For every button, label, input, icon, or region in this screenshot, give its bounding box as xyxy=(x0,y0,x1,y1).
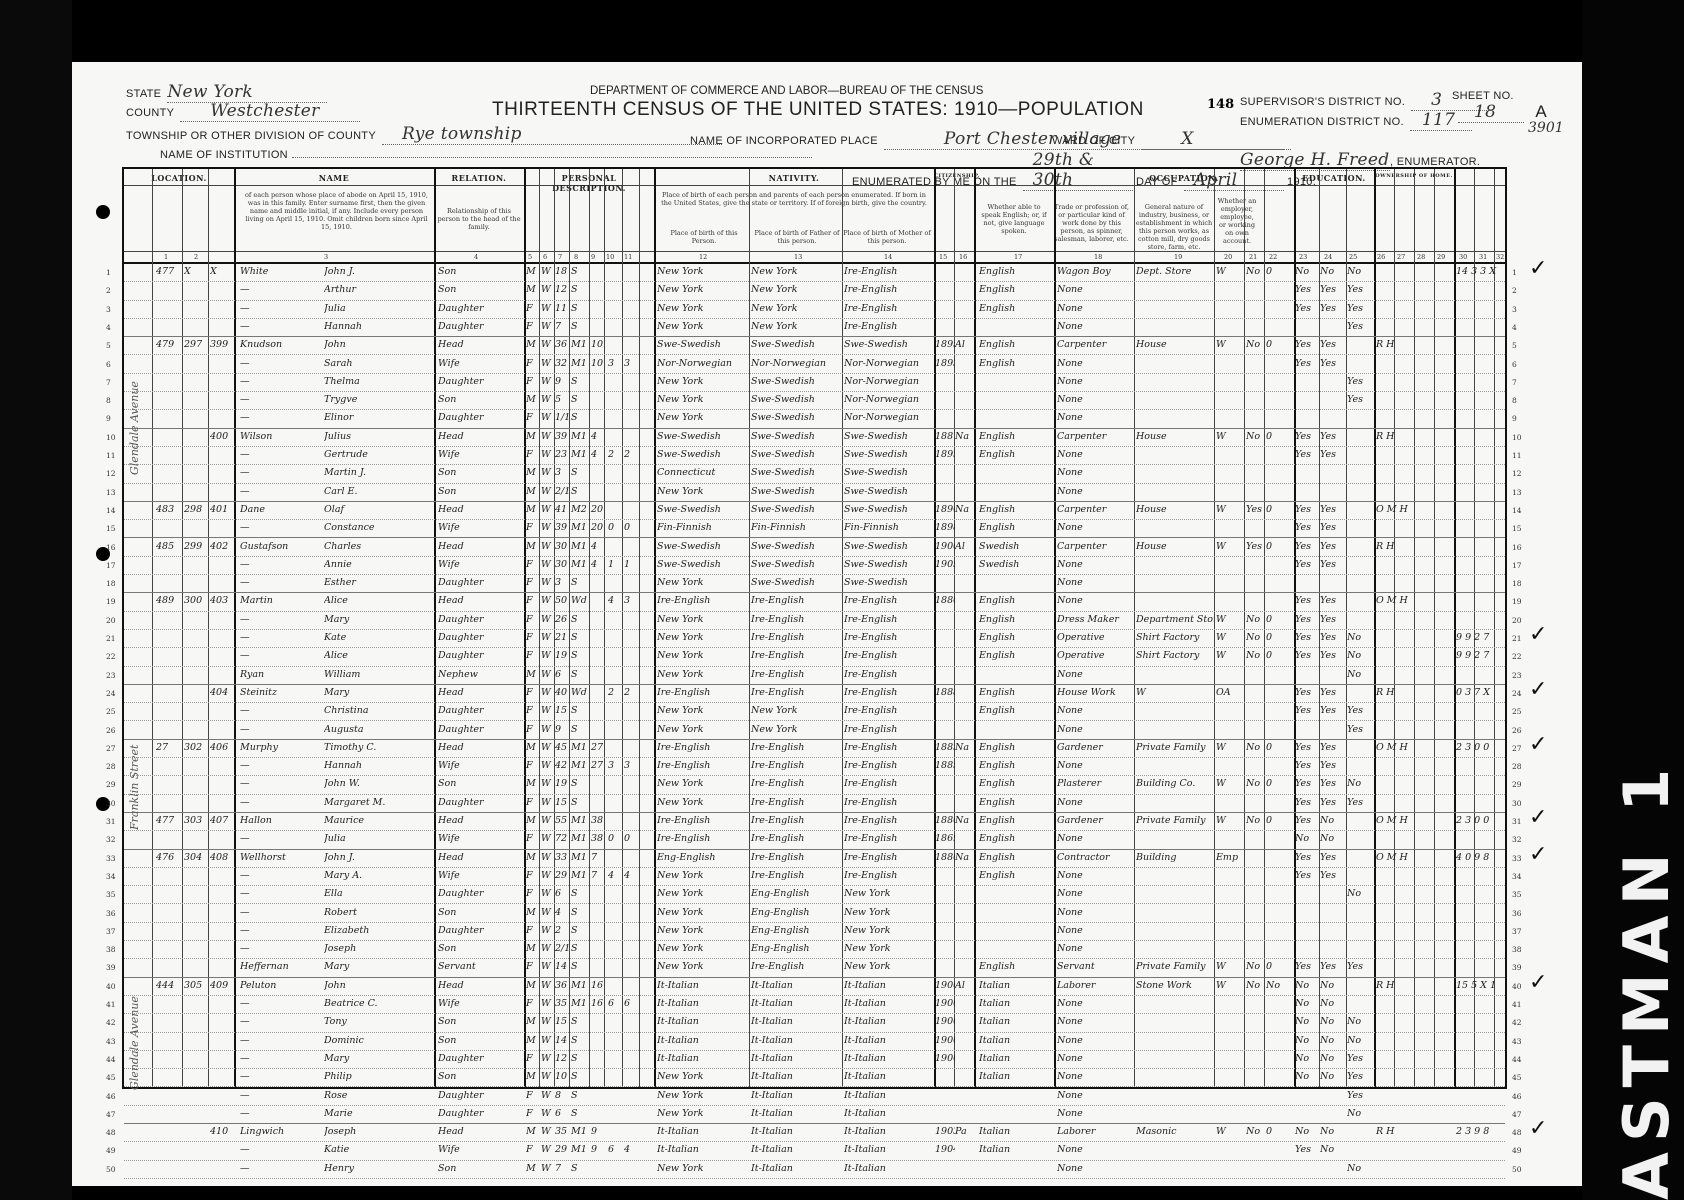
enumeration-district-field: ENUMERATION DISTRICT NO.117 xyxy=(1240,110,1472,131)
cell-race: W xyxy=(541,961,553,972)
cell-pob_m: Ire-English xyxy=(844,650,934,661)
cell-c23: Yes xyxy=(1295,815,1319,826)
cell-immig: 1900 xyxy=(935,1053,955,1064)
row-number: 32 xyxy=(106,835,116,844)
cell-own: R H xyxy=(1376,541,1454,552)
cell-pob_f: Ire-English xyxy=(751,650,841,661)
cell-surname: — xyxy=(240,925,330,936)
cell-surname: Peluton xyxy=(240,980,330,991)
cell-relation: Head xyxy=(438,431,522,442)
cell-pob_m: It-Italian xyxy=(844,980,934,991)
cell-own: O M H xyxy=(1376,504,1454,515)
cell-trade: None xyxy=(1057,284,1133,295)
cell-immig: 1895 xyxy=(935,339,955,350)
row-number: 25 xyxy=(106,707,116,716)
cell-living: 1 xyxy=(624,559,636,570)
cell-marital: Wd xyxy=(571,595,589,606)
cell-c23: Yes xyxy=(1295,632,1319,643)
cell-pob_m: Ire-English xyxy=(844,705,934,716)
cell-immig: 1885 xyxy=(935,760,955,771)
cell-c22: 0 xyxy=(1266,778,1292,789)
cell-family: 404 xyxy=(210,687,234,698)
table-row: 33—JuliaDaughterFW11SNew YorkNew YorkIre… xyxy=(124,301,1505,319)
cell-given: Philip xyxy=(324,1071,434,1082)
row-number: 47 xyxy=(106,1110,116,1119)
header-relation: RELATION. xyxy=(434,173,524,183)
cell-yrs: 4 xyxy=(591,431,603,442)
cell-surname: — xyxy=(240,559,330,570)
cell-immig: 1900 xyxy=(935,998,955,1009)
table-row: 2828—HannahWifeFW42M12733Ire-EnglishIre-… xyxy=(124,758,1505,776)
cell-race: W xyxy=(541,833,553,844)
cell-born: 6 xyxy=(608,998,620,1009)
cell-sex: F xyxy=(526,998,538,1009)
cell-sex: M xyxy=(526,742,538,753)
cell-age: 15 xyxy=(555,1016,569,1027)
cell-c24: Yes xyxy=(1320,522,1344,533)
table-row: 4545—PhilipSonMW10SNew YorkIt-ItalianIt-… xyxy=(124,1069,1505,1087)
cell-family: 402 xyxy=(210,541,234,552)
cell-marital: S xyxy=(571,321,589,332)
cell-industry: Stone Work xyxy=(1136,980,1214,991)
cell-pob_m: Swe-Swedish xyxy=(844,541,934,552)
cell-immig: 1887 xyxy=(935,431,955,442)
cell-race: W xyxy=(541,467,553,478)
cell-immig: 1880 xyxy=(935,815,955,826)
cell-race: W xyxy=(541,559,553,570)
cell-natz: Al xyxy=(955,980,973,991)
cell-born: 0 xyxy=(608,522,620,533)
cell-living: 3 xyxy=(624,358,636,369)
cell-surname: — xyxy=(240,888,330,899)
row-number: 41 xyxy=(106,1000,116,1009)
column-number: 3 xyxy=(324,253,328,261)
cell-industry: House xyxy=(1136,339,1214,350)
cell-pob_m: New York xyxy=(844,925,934,936)
column-number: 29 xyxy=(1437,253,1445,261)
table-row: 4141—Beatrice C.WifeFW35M11666It-Italian… xyxy=(124,996,1505,1014)
table-row: 1212—Martin J.SonMW3SConnecticutSwe-Swed… xyxy=(124,465,1505,483)
cell-pob: Ire-English xyxy=(657,687,747,698)
cell-trade: None xyxy=(1057,486,1133,497)
cell-given: Julius xyxy=(324,431,434,442)
cell-race: W xyxy=(541,1126,553,1137)
row-number: 22 xyxy=(1512,652,1522,661)
cell-relation: Head xyxy=(438,1126,522,1137)
cell-relation: Daughter xyxy=(438,614,522,625)
cell-lang: English xyxy=(979,595,1053,606)
cell-sex: M xyxy=(526,1035,538,1046)
cell-lang: English xyxy=(979,522,1053,533)
cell-immig: 1888 xyxy=(935,687,955,698)
cell-natz: Na xyxy=(955,742,973,753)
cell-pob_m: New York xyxy=(844,907,934,918)
row-number: 14 xyxy=(1512,506,1522,515)
row-number: 37 xyxy=(1512,927,1522,936)
cell-pob: It-Italian xyxy=(657,1053,747,1064)
cell-c22: 0 xyxy=(1266,541,1292,552)
cell-c30: 0 3 7 X xyxy=(1456,687,1508,698)
cell-marital: M1 xyxy=(571,742,589,753)
cell-emp: W xyxy=(1216,431,1244,442)
cell-trade: Servant xyxy=(1057,961,1133,972)
cell-c23: Yes xyxy=(1295,742,1319,753)
cell-pob: New York xyxy=(657,1071,747,1082)
cell-relation: Daughter xyxy=(438,376,522,387)
page-title: THIRTEENTH CENSUS OF THE UNITED STATES: … xyxy=(492,99,1144,121)
cell-c24: No xyxy=(1320,266,1344,277)
row-number: 26 xyxy=(106,726,116,735)
cell-lang: English xyxy=(979,778,1053,789)
cell-born: 0 xyxy=(608,833,620,844)
row-number: 17 xyxy=(1512,561,1522,570)
cell-marital: S xyxy=(571,669,589,680)
cell-pob_f: Swe-Swedish xyxy=(751,577,841,588)
column-number: 21 xyxy=(1249,253,1257,261)
row-number: 37 xyxy=(106,927,116,936)
row-number: 2 xyxy=(106,286,111,295)
check-mark-icon: ✓ xyxy=(1529,842,1547,867)
cell-natz: Al xyxy=(955,339,973,350)
cell-sex: M xyxy=(526,394,538,405)
cell-pob: New York xyxy=(657,724,747,735)
row-number: 19 xyxy=(1512,597,1522,606)
cell-pob_f: Ire-English xyxy=(751,669,841,680)
cell-sex: M xyxy=(526,1016,538,1027)
cell-relation: Daughter xyxy=(438,577,522,588)
cell-relation: Wife xyxy=(438,358,522,369)
cell-pob_m: It-Italian xyxy=(844,1108,934,1119)
cell-dwelling: 299 xyxy=(184,541,208,552)
cell-industry: Department Store xyxy=(1136,614,1214,625)
cell-natz: Al xyxy=(955,541,973,552)
column-number: 24 xyxy=(1324,253,1332,261)
cell-pob_f: Ire-English xyxy=(751,760,841,771)
institution-field: NAME OF INSTITUTION xyxy=(160,149,812,161)
cell-age: 14 xyxy=(555,961,569,972)
table-row: 44—HannahDaughterFW7SNew YorkNew YorkIre… xyxy=(124,319,1505,337)
row-number: 9 xyxy=(106,414,111,423)
cell-c25: Yes xyxy=(1347,394,1373,405)
cell-sex: M xyxy=(526,852,538,863)
cell-sex: F xyxy=(526,376,538,387)
cell-trade: None xyxy=(1057,705,1133,716)
cell-race: W xyxy=(541,577,553,588)
cell-sex: F xyxy=(526,449,538,460)
cell-age: 10 xyxy=(555,1071,569,1082)
cell-sex: F xyxy=(526,888,538,899)
cell-given: William xyxy=(324,669,434,680)
cell-given: John W. xyxy=(324,778,434,789)
cell-age: 6 xyxy=(555,1108,569,1119)
cell-pob_f: New York xyxy=(751,705,841,716)
cell-immig: 1904 xyxy=(935,1144,955,1155)
cell-trade: Operative xyxy=(1057,650,1133,661)
cell-living: 6 xyxy=(624,998,636,1009)
cell-given: John xyxy=(324,980,434,991)
cell-house: 483 xyxy=(156,504,182,515)
cell-given: Ella xyxy=(324,888,434,899)
cell-family: 408 xyxy=(210,852,234,863)
cell-pob: Swe-Swedish xyxy=(657,559,747,570)
row-number: 36 xyxy=(1512,909,1522,918)
cell-pob_m: Swe-Swedish xyxy=(844,486,934,497)
cell-given: Sarah xyxy=(324,358,434,369)
column-number: 31 xyxy=(1479,253,1487,261)
cell-c30: 15 5 X 1 xyxy=(1456,980,1508,991)
cell-marital: M1 xyxy=(571,1126,589,1137)
cell-given: Mary A. xyxy=(324,870,434,881)
cell-sex: F xyxy=(526,595,538,606)
cell-surname: — xyxy=(240,1144,330,1155)
cell-sex: M xyxy=(526,907,538,918)
cell-c22: No xyxy=(1266,980,1292,991)
cell-surname: Murphy xyxy=(240,742,330,753)
cell-immig: 1900 xyxy=(935,980,955,991)
check-mark-icon: ✓ xyxy=(1529,256,1547,281)
table-row: 88—TrygveSonMW5SNew YorkSwe-SwedishNor-N… xyxy=(124,392,1505,410)
cell-pob_m: Nor-Norwegian xyxy=(844,376,934,387)
cell-c24: No xyxy=(1320,1144,1344,1155)
row-number: 25 xyxy=(1512,707,1522,716)
cell-pob_m: It-Italian xyxy=(844,1053,934,1064)
row-number: 48 xyxy=(1512,1128,1522,1137)
column-number: 1 xyxy=(164,253,168,261)
cell-c24: No xyxy=(1320,833,1344,844)
row-number: 1 xyxy=(106,268,111,277)
cell-c30: 2 3 9 8 xyxy=(1456,1126,1508,1137)
cell-born: 2 xyxy=(608,449,620,460)
cell-emp: W xyxy=(1216,980,1244,991)
cell-age: 36 xyxy=(555,339,569,350)
cell-c30: 9 9 2 7 xyxy=(1456,650,1508,661)
row-number: 49 xyxy=(106,1146,116,1155)
cell-age: 11 xyxy=(555,303,569,314)
cell-age: 12 xyxy=(555,1053,569,1064)
cell-trade: None xyxy=(1057,1144,1133,1155)
cell-pob_m: It-Italian xyxy=(844,1016,934,1027)
row-number: 42 xyxy=(106,1018,116,1027)
cell-age: 21 xyxy=(555,632,569,643)
cell-pob: New York xyxy=(657,303,747,314)
cell-pob_m: New York xyxy=(844,961,934,972)
state-value: New York xyxy=(167,82,327,103)
cell-trade: Carpenter xyxy=(1057,541,1133,552)
cell-pob_m: Nor-Norwegian xyxy=(844,358,934,369)
cell-given: Julia xyxy=(324,833,434,844)
cell-c24: Yes xyxy=(1320,742,1344,753)
cell-marital: M1 xyxy=(571,760,589,771)
cell-sex: M xyxy=(526,467,538,478)
cell-age: 42 xyxy=(555,760,569,771)
cell-given: Gertrude xyxy=(324,449,434,460)
cell-c23: No xyxy=(1295,1053,1319,1064)
row-number: 15 xyxy=(1512,524,1522,533)
cell-c22: 0 xyxy=(1266,614,1292,625)
cell-living: 3 xyxy=(624,595,636,606)
cell-pob_f: It-Italian xyxy=(751,1016,841,1027)
cell-marital: S xyxy=(571,925,589,936)
cell-c21: No xyxy=(1246,961,1264,972)
cell-surname: — xyxy=(240,998,330,1009)
margin-street-note: Franklin Street xyxy=(128,680,141,830)
cell-pob_m: New York xyxy=(844,888,934,899)
cell-marital: M1 xyxy=(571,541,589,552)
cell-immig: 1900 xyxy=(935,1016,955,1027)
cell-c21: No xyxy=(1246,1126,1264,1137)
row-number: 5 xyxy=(106,341,111,350)
table-row: 2020—MaryDaughterFW26SNew YorkIre-Englis… xyxy=(124,612,1505,630)
column-number: 11 xyxy=(624,253,632,261)
header-location: LOCATION. xyxy=(124,173,234,183)
cell-c24: Yes xyxy=(1320,614,1344,625)
cell-pob: New York xyxy=(657,907,747,918)
cell-age: 30 xyxy=(555,541,569,552)
cell-industry: House xyxy=(1136,431,1214,442)
row-number: 42 xyxy=(1512,1018,1522,1027)
table-row: 5050—HenrySonMW7SNew YorkIt-ItalianIt-It… xyxy=(124,1161,1505,1179)
cell-sex: M xyxy=(526,815,538,826)
cell-born: 3 xyxy=(608,760,620,771)
cell-family: 400 xyxy=(210,431,234,442)
row-number: 39 xyxy=(1512,963,1522,972)
cell-marital: S xyxy=(571,1053,589,1064)
cell-pob_f: Eng-English xyxy=(751,943,841,954)
cell-pob_m: Swe-Swedish xyxy=(844,577,934,588)
cell-c25: Yes xyxy=(1347,961,1373,972)
cell-pob_f: Ire-English xyxy=(751,687,841,698)
cell-family: 399 xyxy=(210,339,234,350)
cell-dwelling: 300 xyxy=(184,595,208,606)
cell-age: 26 xyxy=(555,614,569,625)
cell-given: Katie xyxy=(324,1144,434,1155)
cell-emp: W xyxy=(1216,614,1244,625)
cell-given: Beatrice C. xyxy=(324,998,434,1009)
row-number: 31 xyxy=(1512,817,1522,826)
cell-age: 23 xyxy=(555,449,569,460)
cell-pob: New York xyxy=(657,961,747,972)
row-number: 35 xyxy=(1512,890,1522,899)
cell-age: 72 xyxy=(555,833,569,844)
cell-pob_f: It-Italian xyxy=(751,980,841,991)
cell-c24: Yes xyxy=(1320,778,1344,789)
cell-yrs: 16 xyxy=(591,980,603,991)
row-number: 49 xyxy=(1512,1146,1522,1155)
cell-pob_f: Swe-Swedish xyxy=(751,504,841,515)
cell-marital: S xyxy=(571,961,589,972)
cell-given: Julia xyxy=(324,303,434,314)
row-number: 10 xyxy=(1512,433,1522,442)
cell-c24: No xyxy=(1320,998,1344,1009)
table-row: 77—ThelmaDaughterFW9SNew YorkSwe-Swedish… xyxy=(124,374,1505,392)
cell-c25: Yes xyxy=(1347,797,1373,808)
cell-c21: No xyxy=(1246,650,1264,661)
cell-age: 36 xyxy=(555,980,569,991)
cell-pob: It-Italian xyxy=(657,980,747,991)
cell-sex: F xyxy=(526,705,538,716)
cell-lang: Italian xyxy=(979,1126,1053,1137)
row-number: 23 xyxy=(106,671,116,680)
table-row: 272727302406MurphyTimothy C.HeadMW45M127… xyxy=(124,740,1505,758)
cell-pob_m: New York xyxy=(844,943,934,954)
county-field: COUNTYWestchester xyxy=(126,101,360,122)
cell-dwelling: 302 xyxy=(184,742,208,753)
cell-trade: None xyxy=(1057,303,1133,314)
row-number: 19 xyxy=(106,597,116,606)
cell-surname: — xyxy=(240,358,330,369)
row-number: 33 xyxy=(106,854,116,863)
cell-emp: W xyxy=(1216,541,1244,552)
cell-immig: 1880 xyxy=(935,595,955,606)
cell-trade: Gardener xyxy=(1057,815,1133,826)
cell-natz: Na xyxy=(955,504,973,515)
row-number: 30 xyxy=(106,799,116,808)
row-number: 43 xyxy=(1512,1037,1522,1046)
cell-c22: 0 xyxy=(1266,632,1292,643)
cell-lang: Italian xyxy=(979,1053,1053,1064)
cell-marital: S xyxy=(571,467,589,478)
row-number: 13 xyxy=(106,488,116,497)
cell-race: W xyxy=(541,449,553,460)
cell-pob_f: It-Italian xyxy=(751,1108,841,1119)
cell-pob: Ire-English xyxy=(657,815,747,826)
table-row: 4444—MaryDaughterFW12SIt-ItalianIt-Itali… xyxy=(124,1051,1505,1069)
cell-trade: Carpenter xyxy=(1057,504,1133,515)
cell-pob_f: It-Italian xyxy=(751,1035,841,1046)
cell-given: Alice xyxy=(324,595,434,606)
cell-c23: No xyxy=(1295,833,1319,844)
cell-own: R H xyxy=(1376,980,1454,991)
cell-trade: None xyxy=(1057,888,1133,899)
table-row: 4040444305409PelutonJohnHeadMW36M116It-I… xyxy=(124,978,1505,996)
cell-lang: English xyxy=(979,449,1053,460)
cell-surname: — xyxy=(240,394,330,405)
table-row: 1111—GertrudeWifeFW23M1422Swe-SwedishSwe… xyxy=(124,447,1505,465)
cell-given: Mary xyxy=(324,614,434,625)
cell-marital: M1 xyxy=(571,358,589,369)
table-row: 4949—KatieWifeFW29M1964It-ItalianIt-Ital… xyxy=(124,1142,1505,1160)
cell-age: 50 xyxy=(555,595,569,606)
cell-marital: S xyxy=(571,1163,589,1174)
table-row: 2121—KateDaughterFW21SNew YorkIre-Englis… xyxy=(124,630,1505,648)
cell-c25: No xyxy=(1347,632,1373,643)
cell-race: W xyxy=(541,870,553,881)
cell-pob_f: Ire-English xyxy=(751,614,841,625)
cell-c24: No xyxy=(1320,1053,1344,1064)
cell-age: 9 xyxy=(555,724,569,735)
cell-c25: Yes xyxy=(1347,1071,1373,1082)
cell-pob_f: Ire-English xyxy=(751,833,841,844)
cell-race: W xyxy=(541,358,553,369)
sheet-stamp: 3901 xyxy=(1528,120,1564,136)
cell-c24: Yes xyxy=(1320,449,1344,460)
row-number: 23 xyxy=(1512,671,1522,680)
cell-yrs: 9 xyxy=(591,1126,603,1137)
cell-surname: — xyxy=(240,614,330,625)
cell-lang: Swedish xyxy=(979,541,1053,552)
cell-c22: 0 xyxy=(1266,742,1292,753)
cell-pob: Connecticut xyxy=(657,467,747,478)
cell-yrs: 7 xyxy=(591,870,603,881)
cell-surname: Hallon xyxy=(240,815,330,826)
cell-c21: No xyxy=(1246,339,1264,350)
cell-relation: Daughter xyxy=(438,925,522,936)
cell-marital: S xyxy=(571,1090,589,1101)
cell-c23: Yes xyxy=(1295,541,1319,552)
cell-lang: English xyxy=(979,632,1053,643)
cell-living: 2 xyxy=(624,687,636,698)
cell-pob_f: Eng-English xyxy=(751,888,841,899)
